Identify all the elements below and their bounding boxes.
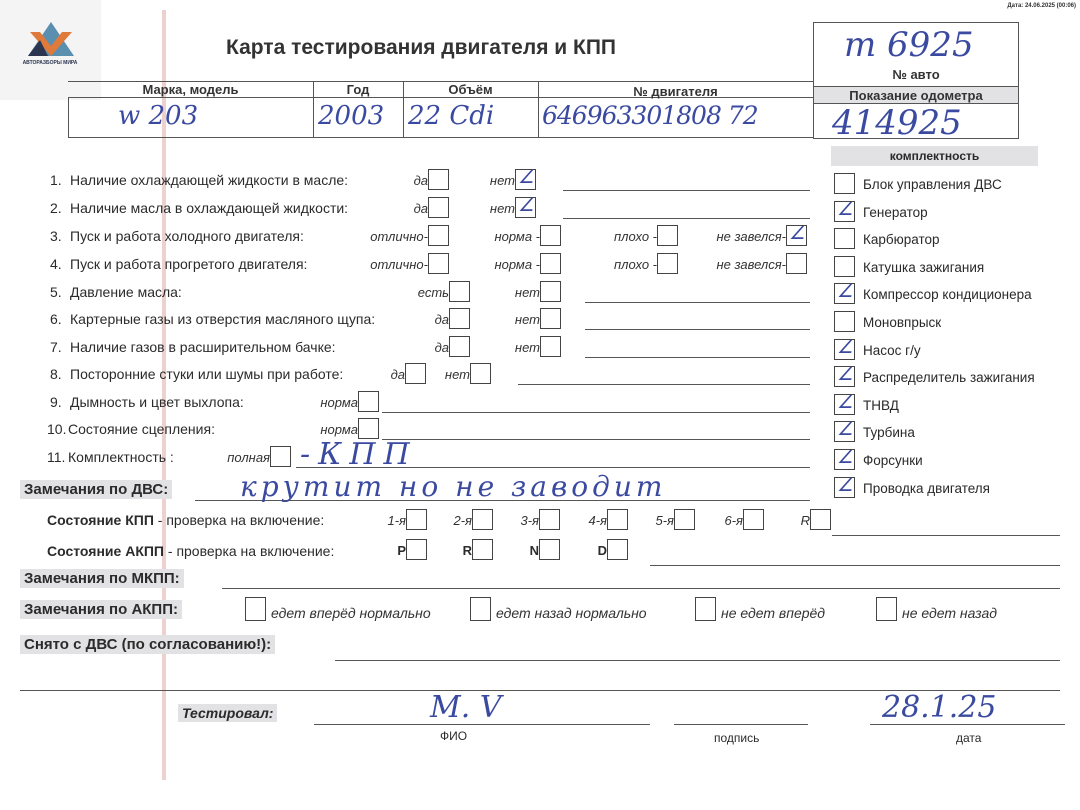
- option-checkbox[interactable]: [540, 336, 561, 357]
- kit-checkbox[interactable]: [834, 477, 855, 498]
- option-label: да: [435, 340, 449, 355]
- akpp-option-label: не едет вперёд: [721, 605, 825, 621]
- gear-checkbox[interactable]: [406, 509, 427, 530]
- option-label: норма -: [494, 257, 540, 272]
- kit-item-label: Генератор: [863, 205, 928, 220]
- kit-item-label: Насос г/у: [863, 343, 921, 358]
- kit-item-label: Проводка двигателя: [863, 481, 990, 496]
- note-line: [563, 218, 810, 219]
- col-header-model: Марка, модель: [68, 82, 313, 97]
- note-line: [518, 384, 810, 385]
- kit-item-label: Форсунки: [863, 453, 923, 468]
- col-header-year: Год: [313, 82, 403, 97]
- option-label: плохо -: [614, 257, 657, 272]
- note-line: [585, 302, 810, 303]
- check-label: Дымность и цвет выхлопа:: [70, 394, 244, 410]
- option-checkbox[interactable]: [540, 225, 561, 246]
- option-checkbox[interactable]: [449, 336, 470, 357]
- gear-checkbox[interactable]: [743, 509, 764, 530]
- gear-label: 5-я: [655, 513, 674, 528]
- kit-checkbox[interactable]: [834, 366, 855, 387]
- note-line: [585, 329, 810, 330]
- kit-item-label: Блок управления ДВС: [863, 177, 1002, 192]
- option-checkbox[interactable]: [449, 308, 470, 329]
- check-number: 6.: [50, 311, 62, 327]
- kit-note[interactable]: -КПП: [300, 437, 418, 472]
- manual-gearbox-label-rest: - проверка на включение:: [154, 512, 324, 528]
- option-label: плохо -: [614, 229, 657, 244]
- check-label: Картерные газы из отверстия масляного щу…: [70, 311, 375, 327]
- gear-label: R: [801, 513, 810, 528]
- option-label: отлично-: [370, 229, 428, 244]
- mkpp-remarks-label: Замечания по МКПП:: [20, 569, 184, 588]
- check-label: Пуск и работа прогретого двигателя:: [70, 256, 307, 272]
- col-header-engine-number: № двигателя: [538, 84, 813, 99]
- auto-number-label: № авто: [814, 67, 1018, 82]
- option-label: норма -: [494, 229, 540, 244]
- option-checkbox[interactable]: [515, 169, 536, 190]
- gear-label: 2-я: [453, 513, 472, 528]
- kit-checkbox[interactable]: [834, 449, 855, 470]
- option-label: да: [414, 173, 428, 188]
- kit-item-label: Катушка зажигания: [863, 260, 984, 275]
- mode-checkbox[interactable]: [539, 539, 560, 560]
- volume-value[interactable]: 22 Cdi: [408, 101, 494, 131]
- kit-item-label: Турбина: [863, 425, 915, 440]
- engine-remarks-value[interactable]: крутит но не заводит: [240, 470, 667, 503]
- kit-checkbox[interactable]: [834, 339, 855, 360]
- option-label: полная: [227, 450, 270, 465]
- page-title: Карта тестирования двигателя и КПП: [226, 36, 616, 60]
- check-number: 5.: [50, 284, 62, 300]
- kit-checkbox[interactable]: [834, 173, 855, 194]
- option-checkbox[interactable]: [428, 253, 449, 274]
- gear-checkbox[interactable]: [607, 509, 628, 530]
- option-checkbox[interactable]: [358, 418, 379, 439]
- option-checkbox[interactable]: [470, 363, 491, 384]
- option-checkbox[interactable]: [515, 197, 536, 218]
- auto-gearbox-label: Состояние АКПП: [47, 543, 164, 559]
- gear-checkbox[interactable]: [472, 509, 493, 530]
- check-number: 3.: [50, 228, 62, 244]
- option-label: не завелся-: [716, 229, 786, 244]
- gear-label: 1-я: [387, 513, 406, 528]
- option-checkbox[interactable]: [428, 225, 449, 246]
- check-label: Наличие масла в охлаждающей жидкости:: [70, 200, 348, 216]
- gear-checkbox[interactable]: [674, 509, 695, 530]
- tested-by-label: Тестировал:: [178, 704, 277, 722]
- option-label: не завелся-: [716, 257, 786, 272]
- manual-gearbox-label: Состояние КПП: [47, 512, 154, 528]
- auto-number-value[interactable]: т 6925: [844, 25, 974, 65]
- mode-label: P: [397, 543, 406, 558]
- option-label: есть: [418, 285, 449, 300]
- check-number: 9.: [50, 394, 62, 410]
- mode-label: N: [530, 543, 539, 558]
- mode-checkbox[interactable]: [406, 539, 427, 560]
- kit-title: комплектность: [831, 146, 1038, 166]
- mode-checkbox[interactable]: [607, 539, 628, 560]
- engine-remarks-label: Замечания по ДВС:: [20, 480, 172, 499]
- option-label: да: [414, 201, 428, 216]
- year-value[interactable]: 2003: [318, 101, 384, 131]
- check-number: 2.: [50, 200, 62, 216]
- kit-item-label: Распределитель зажигания: [863, 370, 1035, 385]
- mode-label: R: [463, 543, 472, 558]
- option-label: нет: [445, 367, 470, 382]
- option-checkbox[interactable]: [657, 225, 678, 246]
- kit-item-label: ТНВД: [863, 398, 899, 413]
- gear-label: 4-я: [588, 513, 607, 528]
- kit-checkbox[interactable]: [834, 201, 855, 222]
- col-header-volume: Объём: [403, 82, 538, 97]
- gear-checkbox[interactable]: [539, 509, 560, 530]
- kit-checkbox[interactable]: [834, 421, 855, 442]
- mode-checkbox[interactable]: [472, 539, 493, 560]
- scan-date-stamp: Дата: 24.06.2025 (00:06): [1007, 3, 1076, 9]
- check-label: Пуск и работа холодного двигателя:: [70, 228, 304, 244]
- signature-caption: подпись: [714, 731, 759, 745]
- mode-label: D: [598, 543, 607, 558]
- note-line: [585, 357, 810, 358]
- akpp-option-checkbox[interactable]: [470, 597, 491, 621]
- option-label: да: [435, 312, 449, 327]
- akpp-option-label: не едет назад: [902, 605, 997, 621]
- logo-text: АВТОРАЗБОРЫ МИРА: [18, 60, 82, 66]
- fio-caption: ФИО: [440, 729, 467, 743]
- check-number: 1.: [50, 172, 62, 188]
- header-table: Марка, модель Год Объём № двигателя w 20…: [68, 81, 813, 139]
- odometer-value[interactable]: 414925: [832, 103, 962, 143]
- option-checkbox[interactable]: [540, 281, 561, 302]
- akpp-option-checkbox[interactable]: [245, 597, 266, 621]
- kit-checkbox[interactable]: [834, 256, 855, 277]
- option-checkbox[interactable]: [428, 169, 449, 190]
- auto-gearbox-label-rest: - проверка на включение:: [164, 543, 334, 559]
- gear-label: 3-я: [520, 513, 539, 528]
- akpp-option-checkbox[interactable]: [695, 597, 716, 621]
- option-checkbox[interactable]: [270, 446, 291, 467]
- check-number: 11.: [47, 449, 65, 465]
- option-checkbox[interactable]: [405, 363, 426, 384]
- removed-label: Снято с ДВС (по согласованию!):: [20, 635, 275, 654]
- auto-box: т 6925 № авто Показание одометра 414925: [813, 22, 1019, 139]
- gear-label: 6-я: [724, 513, 743, 528]
- option-checkbox[interactable]: [786, 253, 807, 274]
- logo-mark-icon: [28, 22, 74, 58]
- check-label: Состояние сцепления:: [68, 421, 215, 437]
- date-caption: дата: [956, 731, 981, 745]
- kit-checkbox[interactable]: [834, 228, 855, 249]
- option-label: норма: [320, 395, 358, 410]
- option-label: да: [391, 367, 405, 382]
- kit-checkbox[interactable]: [834, 394, 855, 415]
- option-label: нет: [515, 285, 540, 300]
- kit-item-label: Карбюратор: [863, 232, 940, 247]
- option-checkbox[interactable]: [540, 308, 561, 329]
- option-label: норма: [320, 422, 358, 437]
- option-label: нет: [490, 201, 515, 216]
- kit-checkbox[interactable]: [834, 311, 855, 332]
- akpp-remarks-label: Замечания по АКПП:: [20, 600, 182, 619]
- check-label: Посторонние стуки или шумы при работе:: [70, 366, 343, 382]
- option-label: нет: [490, 173, 515, 188]
- fio-value[interactable]: М. V: [430, 690, 501, 725]
- option-checkbox[interactable]: [358, 391, 379, 412]
- option-label: нет: [515, 340, 540, 355]
- option-checkbox[interactable]: [540, 253, 561, 274]
- check-number: 8.: [50, 366, 62, 382]
- option-checkbox[interactable]: [449, 281, 470, 302]
- option-checkbox[interactable]: [786, 225, 807, 246]
- model-value[interactable]: w 203: [118, 101, 198, 131]
- gear-checkbox[interactable]: [810, 509, 831, 530]
- check-label: Комплектность :: [68, 449, 174, 465]
- engine-number-value[interactable]: 646963301808 72: [542, 101, 758, 130]
- kit-checkbox[interactable]: [834, 283, 855, 304]
- akpp-option-label: едет назад нормально: [496, 605, 647, 621]
- odometer-label: Показание одометра: [814, 86, 1018, 104]
- option-label: отлично-: [370, 257, 428, 272]
- check-label: Давление масла:: [70, 284, 182, 300]
- option-checkbox[interactable]: [657, 253, 678, 274]
- option-label: нет: [515, 312, 540, 327]
- note-line: [382, 439, 810, 440]
- check-number: 10.: [47, 421, 66, 437]
- check-number: 7.: [50, 339, 62, 355]
- note-line: [563, 190, 810, 191]
- kit-item-label: Моновпрыск: [863, 315, 941, 330]
- kit-item-label: Компрессор кондиционера: [863, 287, 1032, 302]
- date-value[interactable]: 28.1.25: [882, 690, 997, 725]
- option-checkbox[interactable]: [428, 197, 449, 218]
- check-label: Наличие газов в расширительном бачке:: [70, 339, 336, 355]
- note-line: [382, 412, 810, 413]
- check-number: 4.: [50, 256, 62, 272]
- akpp-option-label: едет вперёд нормально: [271, 605, 431, 621]
- akpp-option-checkbox[interactable]: [876, 597, 897, 621]
- check-label: Наличие охлаждающей жидкости в масле:: [70, 172, 348, 188]
